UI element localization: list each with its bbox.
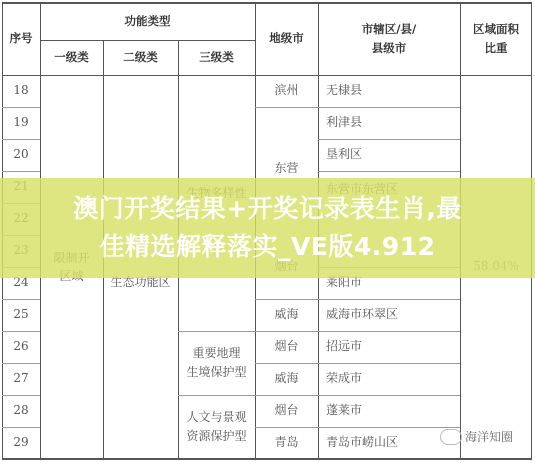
seq-cell: 27 [2,363,40,395]
district-cell: 威海市环翠区 [318,299,460,331]
header-level1: 一级类 [40,40,103,75]
header-ratio-line2: 比重 [485,39,508,57]
row-divider [2,171,40,172]
district-cell: 无棣县 [318,75,460,107]
level3-landscape-line1: 人文与景观 [186,408,246,427]
level3-geo-line2: 生境保护型 [186,363,246,382]
row-divider [255,331,318,332]
row-divider [318,107,460,108]
header-prefecture: 地级市 [255,2,318,75]
prefecture-cell: 青岛 [255,427,318,459]
row-divider [2,363,40,364]
level3-geo-line1: 重要地理 [192,344,240,363]
seq-cell: 29 [2,427,40,459]
row-divider [255,107,318,108]
table-border-bottom [2,458,532,460]
row-divider [318,171,460,172]
header-district-line1: 市辖区/县/ [362,20,416,38]
seq-cell: 18 [2,75,40,107]
header-subdivider [40,40,255,41]
row-divider [2,427,40,428]
row-divider [318,331,460,332]
header-ratio: 区域面积 比重 [460,2,532,75]
row-divider [318,427,460,428]
banner-line1: 澳门开奖结果+开奖记录表生肖,最 [73,190,461,228]
row-divider [2,395,40,396]
level3-geo-habitat-cell: 重要地理 生境保护型 [178,331,255,395]
prefecture-cell: 威海 [255,299,318,331]
level3-landscape-cell: 人文与景观 资源保护型 [178,395,255,459]
district-cell: 垦利区 [318,139,460,171]
header-seq: 序号 [2,2,40,75]
row-divider [318,299,460,300]
prefecture-cell: 威海 [255,363,318,395]
row-divider [2,331,40,332]
overlay-banner: 澳门开奖结果+开奖记录表生肖,最 佳精选解释落实_VE版4.912 [0,178,535,278]
header-level2: 二级类 [103,40,178,75]
watermark-label: 海洋知圈 [465,428,513,445]
banner-line2: 佳精选解释落实_VE版4.912 [99,228,435,266]
header-level3: 三级类 [178,40,255,75]
prefecture-cell: 烟台 [255,395,318,427]
header-function-type: 功能类型 [40,2,255,40]
wechat-icon [440,429,462,445]
seq-cell: 25 [2,299,40,331]
level3-landscape-line2: 资源保护型 [186,427,246,446]
district-cell: 利津县 [318,107,460,139]
watermark: 海洋知圈 [440,428,513,445]
row-divider [2,139,40,140]
prefecture-cell: 滨州 [255,75,318,107]
row-divider [318,139,460,140]
district-cell: 荣成市 [318,363,460,395]
header-district: 市辖区/县/ 县级市 [318,2,460,75]
row-divider [2,299,40,300]
row-divider [178,395,255,396]
district-cell: 青岛市崂山区 [318,427,460,459]
row-divider [318,363,460,364]
row-divider [255,363,318,364]
header-ratio-line1: 区域面积 [473,20,519,38]
header-divider [2,75,532,76]
table-border-top [2,2,532,4]
seq-cell: 20 [2,139,40,171]
prefecture-cell: 烟台 [255,331,318,363]
row-divider [318,395,460,396]
row-divider [2,107,40,108]
row-divider [255,395,318,396]
district-cell: 蓬莱市 [318,395,460,427]
row-divider [178,331,255,332]
seq-cell: 26 [2,331,40,363]
header-district-line2: 县级市 [372,39,407,57]
seq-cell: 28 [2,395,40,427]
seq-cell: 19 [2,107,40,139]
district-cell: 招远市 [318,331,460,363]
row-divider [255,299,318,300]
row-divider [255,427,318,428]
